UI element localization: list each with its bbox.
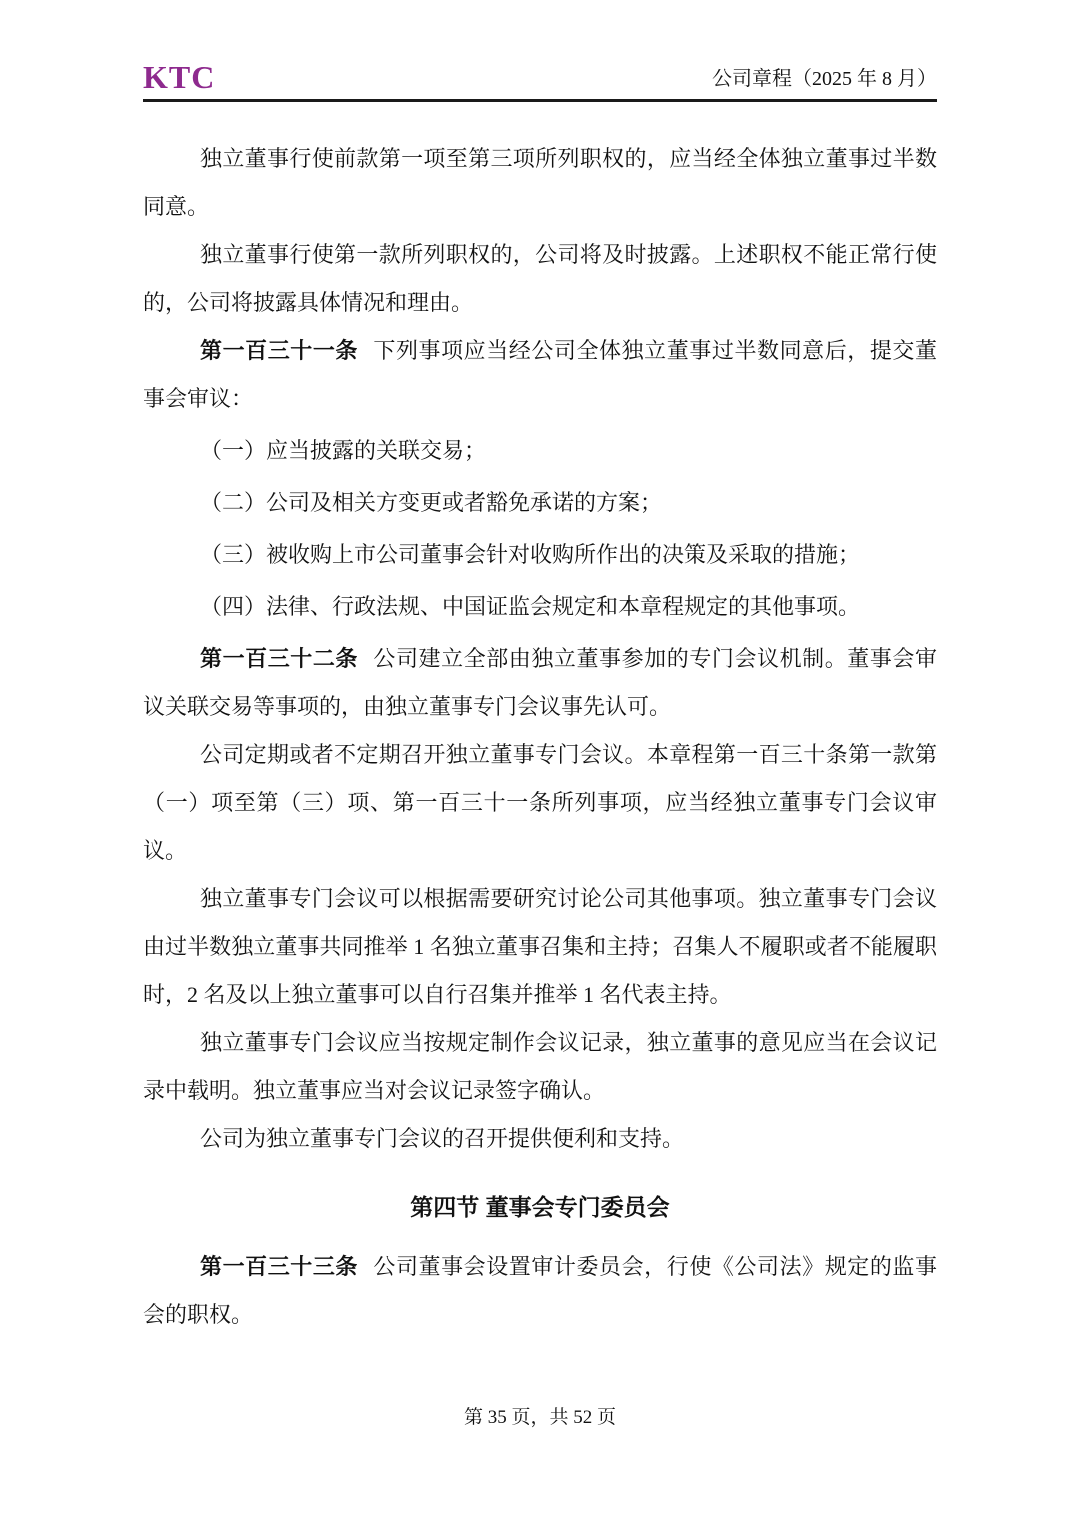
page-footer: 第 35 页，共 52 页 xyxy=(0,1402,1080,1429)
document-body: 独立董事行使前款第一项至第三项所列职权的，应当经全体独立董事过半数同意。独立董事… xyxy=(143,135,937,1339)
paragraph: （四）法律、行政法规、中国证监会规定和本章程规定的其他事项。 xyxy=(143,583,937,631)
paragraph: 第一百三十二条公司建立全部由独立董事参加的专门会议机制。董事会审议关联交易等事项… xyxy=(143,635,937,731)
section-heading: 第四节 董事会专门委员会 xyxy=(143,1183,937,1231)
paragraph: 独立董事行使第一款所列职权的，公司将及时披露。上述职权不能正常行使的，公司将披露… xyxy=(143,231,937,327)
page-header: KTC 公司章程（2025 年 8 月） xyxy=(143,62,937,102)
paragraph: 独立董事行使前款第一项至第三项所列职权的，应当经全体独立董事过半数同意。 xyxy=(143,135,937,231)
paragraph: 第一百三十三条公司董事会设置审计委员会，行使《公司法》规定的监事会的职权。 xyxy=(143,1243,937,1339)
paragraph: 独立董事专门会议应当按规定制作会议记录，独立董事的意见应当在会议记录中载明。独立… xyxy=(143,1019,937,1115)
document-page: KTC 公司章程（2025 年 8 月） 独立董事行使前款第一项至第三项所列职权… xyxy=(0,0,1080,1527)
paragraph: 公司为独立董事专门会议的召开提供便利和支持。 xyxy=(143,1115,937,1163)
paragraph: 第一百三十一条下列事项应当经公司全体独立董事过半数同意后，提交董事会审议： xyxy=(143,327,937,423)
paragraph: （二）公司及相关方变更或者豁免承诺的方案； xyxy=(143,479,937,527)
paragraph: 独立董事专门会议可以根据需要研究讨论公司其他事项。独立董事专门会议由过半数独立董… xyxy=(143,875,937,1019)
article-number: 第一百三十三条 xyxy=(200,1254,358,1279)
company-logo: KTC xyxy=(143,62,215,92)
article-number: 第一百三十二条 xyxy=(200,646,358,671)
article-number: 第一百三十一条 xyxy=(200,338,358,363)
paragraph: （一）应当披露的关联交易； xyxy=(143,427,937,475)
paragraph: 公司定期或者不定期召开独立董事专门会议。本章程第一百三十条第一款第（一）项至第（… xyxy=(143,731,937,875)
page-number: 第 35 页，共 52 页 xyxy=(464,1407,616,1428)
paragraph: （三）被收购上市公司董事会针对收购所作出的决策及采取的措施； xyxy=(143,531,937,579)
header-doc-title: 公司章程（2025 年 8 月） xyxy=(712,66,937,92)
